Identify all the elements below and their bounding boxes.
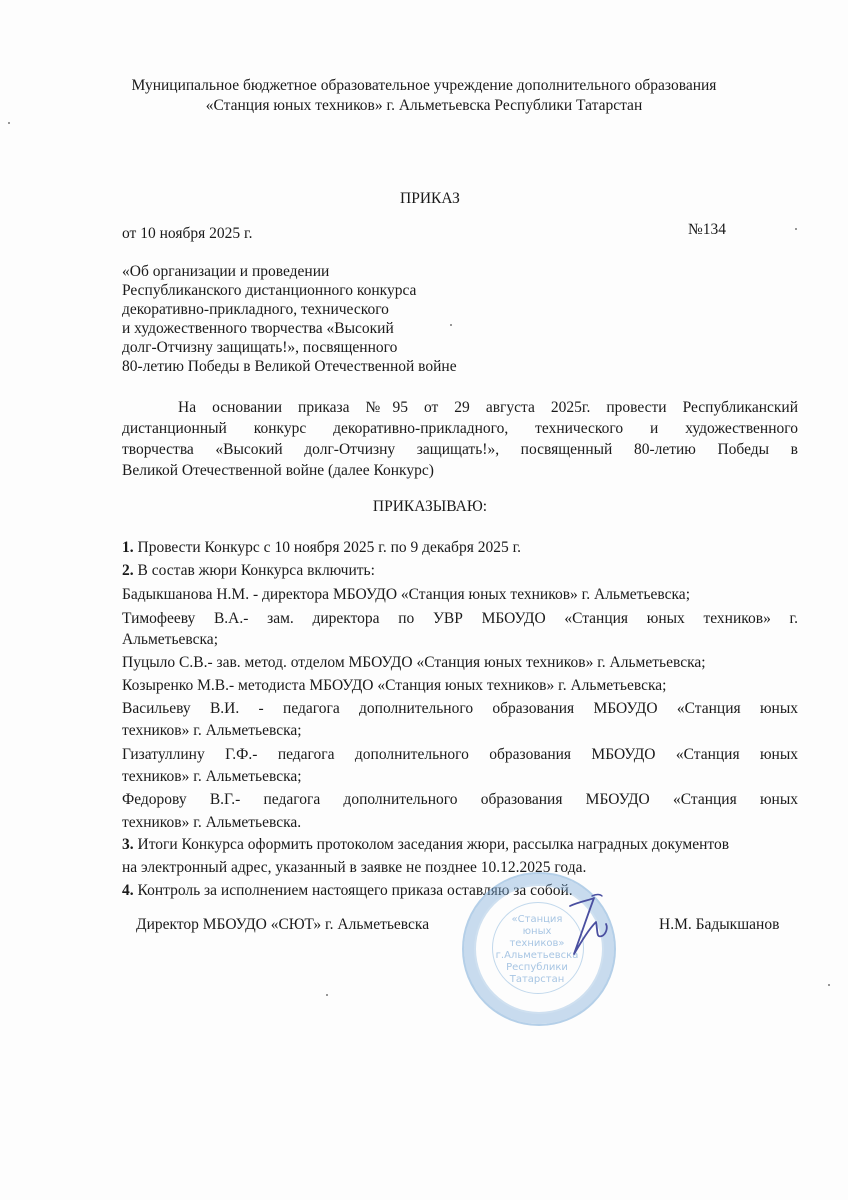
order-item-2: 2. В состав жюри Конкурса включить: xyxy=(122,561,798,581)
item-number: 3. xyxy=(122,836,134,853)
jury-member: Васильеву В.И. - педагога дополнительног… xyxy=(122,699,798,719)
item-text: Провести Конкурс с 10 ноября 2025 г. по … xyxy=(134,539,521,556)
item-text: В состав жюри Конкурса включить: xyxy=(134,562,375,579)
scan-speck xyxy=(450,324,452,326)
jury-member: Козыренко М.В.- методиста МБОУДО «Станци… xyxy=(122,676,798,696)
preamble-line: дистанционный конкурс декоративно-прикла… xyxy=(122,419,798,439)
jury-member: Тимофееву В.А.- зам. директора по УВР МБ… xyxy=(122,609,798,629)
subject-line: «Об организации и проведении xyxy=(122,262,542,281)
item-text: Итоги Конкурса оформить протоколом засед… xyxy=(134,836,729,853)
handwritten-signature-icon xyxy=(562,892,612,962)
subject-line: долг-Отчизну защищать!», посвященного xyxy=(122,338,542,357)
order-number: №134 xyxy=(688,220,726,240)
signatory-position: Директор МБОУДО «СЮТ» г. Альметьевска xyxy=(136,915,429,935)
jury-member: Бадыкшанова Н.М. - директора МБОУДО «Ста… xyxy=(122,585,798,605)
document-title: ПРИКАЗ xyxy=(6,189,848,209)
stamp-text: Республики xyxy=(464,962,610,974)
order-item-3-continued: на электронный адрес, указанный в заявке… xyxy=(122,858,798,878)
scan-speck xyxy=(326,994,328,996)
order-item-4: 4. Контроль за исполнением настоящего пр… xyxy=(122,881,798,901)
order-directive-heading: ПРИКАЗЫВАЮ: xyxy=(6,497,848,517)
institution-name-line1: Муниципальное бюджетное образовательное … xyxy=(0,76,848,96)
jury-member: Федорову В.Г.- педагога дополнительного … xyxy=(122,790,798,810)
institution-name-line2: «Станция юных техников» г. Альметьевска … xyxy=(0,96,848,116)
preamble-line: творчества «Высокий долг-Отчизну защищат… xyxy=(122,440,798,460)
scan-speck xyxy=(8,122,10,124)
order-item-1: 1. Провести Конкурс с 10 ноября 2025 г. … xyxy=(122,538,798,558)
subject-line: декоративно-прикладного, технического xyxy=(122,300,542,319)
order-date: от 10 ноября 2025 г. xyxy=(122,224,252,244)
jury-member: Гизатуллину Г.Ф.- педагога дополнительно… xyxy=(122,745,798,765)
order-item-3: 3. Итоги Конкурса оформить протоколом за… xyxy=(122,835,798,855)
item-number: 2. xyxy=(122,562,134,579)
jury-member-continued: техников» г. Альметьевска; xyxy=(122,721,798,741)
stamp-text: Татарстан xyxy=(464,974,610,986)
subject-line: 80-летию Победы в Великой Отечественной … xyxy=(122,357,542,376)
item-number: 1. xyxy=(122,539,134,556)
order-subject: «Об организации и проведении Республикан… xyxy=(122,262,542,376)
preamble-line: На основании приказа №95 от 29 августа 2… xyxy=(178,398,798,418)
document-page: Муниципальное бюджетное образовательное … xyxy=(0,0,848,1200)
jury-member: Пуцыло С.В.- зав. метод. отделом МБОУДО … xyxy=(122,653,798,673)
jury-member-continued: техников» г. Альметьевска; xyxy=(122,767,798,787)
preamble-line: Великой Отечественной войне (далее Конку… xyxy=(122,461,798,481)
scan-speck xyxy=(828,984,830,986)
jury-member-continued: Альметьевска; xyxy=(122,630,798,650)
jury-member-continued: техников» г. Альметьевска. xyxy=(122,813,798,833)
subject-line: Республиканского дистанционного конкурса xyxy=(122,281,542,300)
signatory-name: Н.М. Бадыкшанов xyxy=(659,915,779,935)
item-number: 4. xyxy=(122,882,134,899)
scan-speck xyxy=(795,228,797,230)
subject-line: и художественного творчества «Высокий xyxy=(122,319,542,338)
